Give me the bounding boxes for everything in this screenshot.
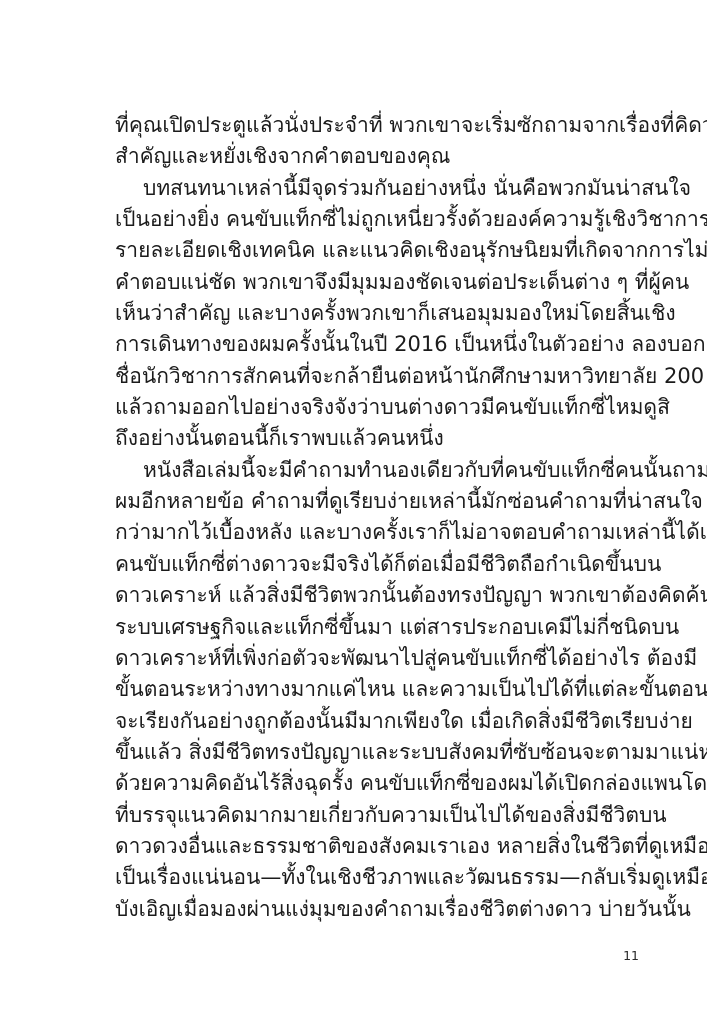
text-line: แล้วถามออกไปอย่างจริงจังว่าบนต่างดาวมีคน… xyxy=(115,392,595,423)
text-line: ขึ้นแล้ว สิ่งมีชีวิตทรงปัญญาและระบบสังคม… xyxy=(115,737,595,768)
text-line: บังเอิญเมื่อมองผ่านแง่มุมของคำถามเรื่องช… xyxy=(115,894,595,925)
text-line: คำตอบแน่ชัด พวกเขาจึงมีมุมมองชัดเจนต่อปร… xyxy=(115,267,595,298)
text-line: ด้วยความคิดอันไร้สิ่งฉุดรั้ง คนขับแท็กซี… xyxy=(115,768,595,799)
text-line: ขั้นตอนระหว่างทางมากแค่ไหน และความเป็นไป… xyxy=(115,674,595,705)
text-line: ดาวเคราะห์ที่เพิ่งก่อตัวจะพัฒนาไปสู่คนขั… xyxy=(115,643,595,674)
text-line: หนังสือเล่มนี้จะมีคำถามทำนองเดียวกับที่ค… xyxy=(115,455,595,486)
text-line: ดาวดวงอื่นและธรรมชาติของสังคมเราเอง หลาย… xyxy=(115,831,595,862)
text-line: ที่บรรจุแนวคิดมากมายเกี่ยวกับความเป็นไปไ… xyxy=(115,800,595,831)
text-line: คนขับแท็กซี่ต่างดาวจะมีจริงได้ก็ต่อเมื่อ… xyxy=(115,549,595,580)
text-line: สำคัญและหยั่งเชิงจากคำตอบของคุณ xyxy=(115,141,595,172)
text-line: เป็นอย่างยิ่ง คนขับแท็กซี่ไม่ถูกเหนี่ยวร… xyxy=(115,204,595,235)
text-line: บทสนทนาเหล่านี้มีจุดร่วมกันอย่างหนึ่ง นั… xyxy=(115,173,595,204)
book-page: ที่คุณเปิดประตูแล้วนั่งประจำที่ พวกเขาจะ… xyxy=(0,0,707,1024)
text-line: การเดินทางของผมครั้งนั้นในปี 2016 เป็นหน… xyxy=(115,329,595,360)
text-line: ที่คุณเปิดประตูแล้วนั่งประจำที่ พวกเขาจะ… xyxy=(115,110,595,141)
text-line: ระบบเศรษฐกิจและแท็กซี่ขึ้นมา แต่สารประกอ… xyxy=(115,612,595,643)
text-line: ถึงอย่างนั้นตอนนี้ก็เราพบแล้วคนหนึ่ง xyxy=(115,423,595,454)
text-line: ผมอีกหลายข้อ คำถามที่ดูเรียบง่ายเหล่านี้… xyxy=(115,486,595,517)
text-line: รายละเอียดเชิงเทคนิค และแนวคิดเชิงอนุรัก… xyxy=(115,235,595,266)
text-line: จะเรียงกันอย่างถูกต้องนั้นมีมากเพียงใด เ… xyxy=(115,706,595,737)
body-text: ที่คุณเปิดประตูแล้วนั่งประจำที่ พวกเขาจะ… xyxy=(115,110,595,925)
text-line: เป็นเรื่องแน่นอน—ทั้งในเชิงชีวภาพและวัฒน… xyxy=(115,862,595,893)
text-line: เห็นว่าสำคัญ และบางครั้งพวกเขาก็เสนอมุมม… xyxy=(115,298,595,329)
text-line: กว่ามากไว้เบื้องหลัง และบางครั้งเราก็ไม่… xyxy=(115,517,595,548)
text-line: ดาวเคราะห์ แล้วสิ่งมีชีวิตพวกนั้นต้องทรง… xyxy=(115,580,595,611)
text-line: ชื่อนักวิชาการสักคนที่จะกล้ายืนต่อหน้านั… xyxy=(115,361,595,392)
page-number: 11 xyxy=(615,948,639,963)
